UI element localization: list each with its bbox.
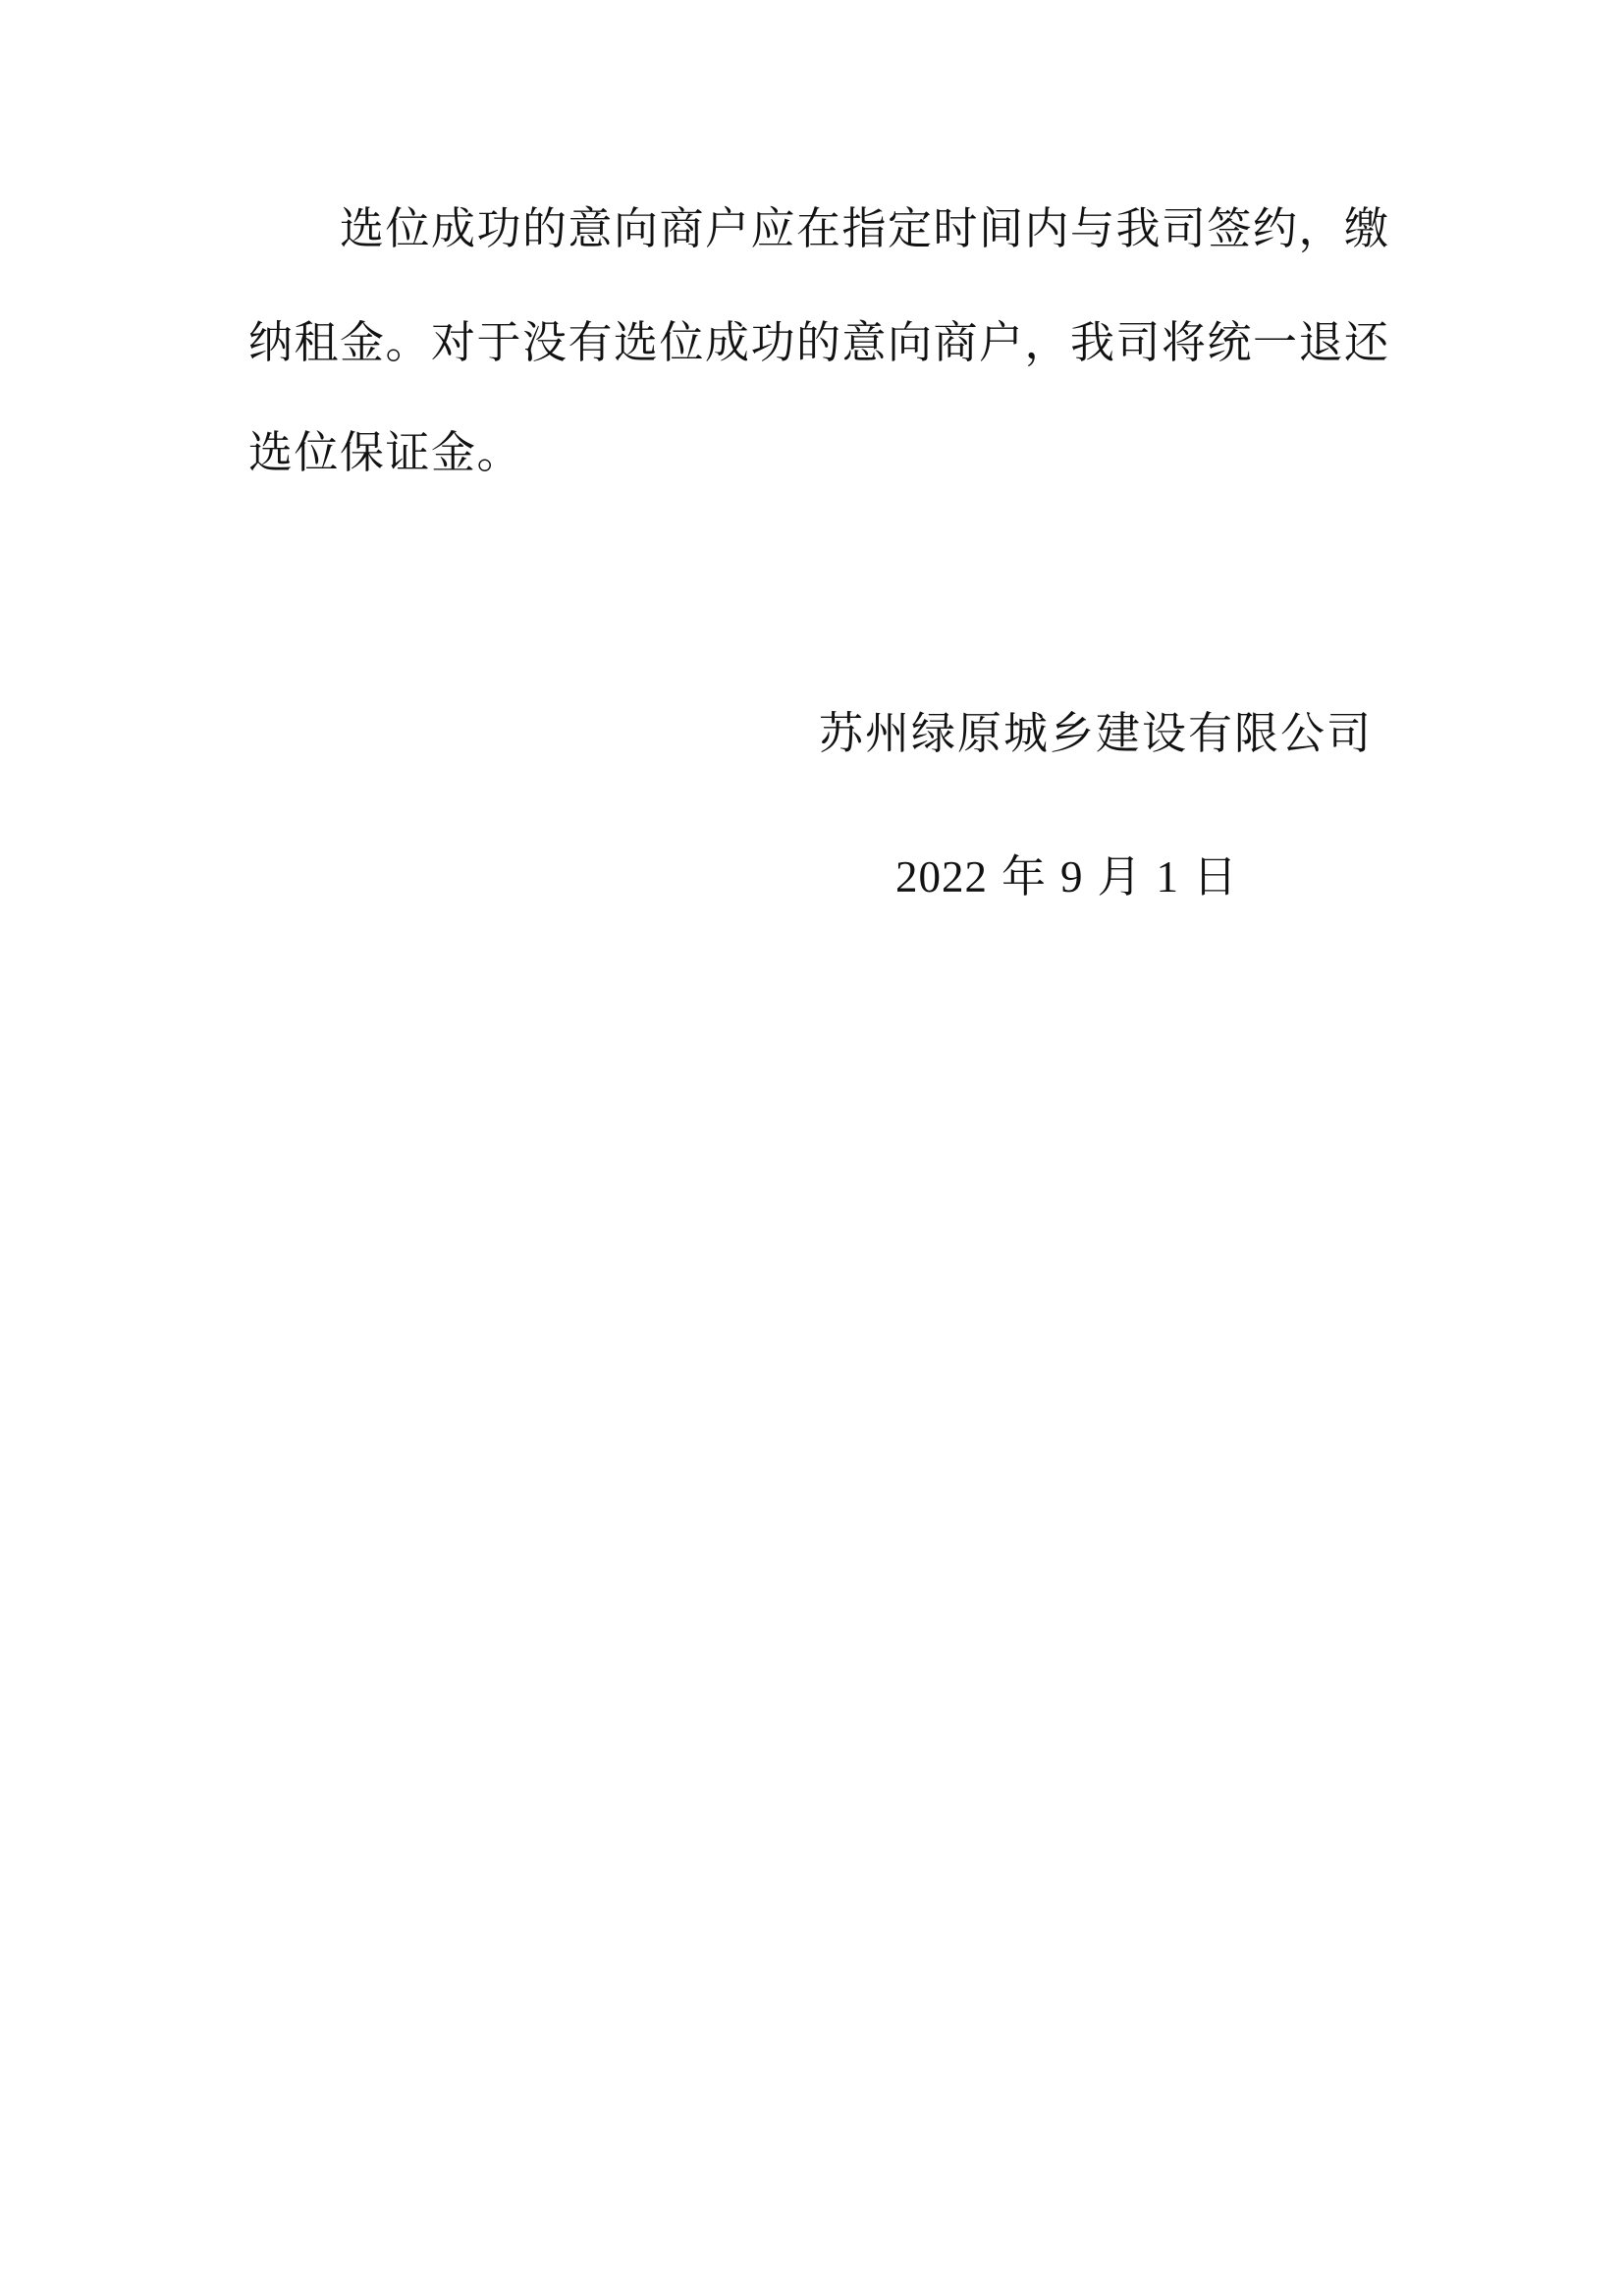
date-year-unit: 年 <box>1001 852 1047 902</box>
date-day-unit: 日 <box>1193 852 1238 902</box>
body-line-2: 纳租金。对于没有选位成功的意向商户，我司将统一退还 <box>248 315 1390 370</box>
body-line-1: 选位成功的意向商户应在指定时间内与我司签约，缴 <box>340 201 1390 256</box>
signature-company: 苏州绿原城乡建设有限公司 <box>819 706 1373 761</box>
signature-date: 2022年9月1日 <box>895 849 1238 904</box>
date-month-unit: 月 <box>1098 852 1143 902</box>
date-year: 2022 <box>895 852 988 902</box>
body-line-3: 选位保证金。 <box>248 425 522 480</box>
date-month: 9 <box>1060 852 1084 902</box>
date-day: 1 <box>1157 852 1180 902</box>
